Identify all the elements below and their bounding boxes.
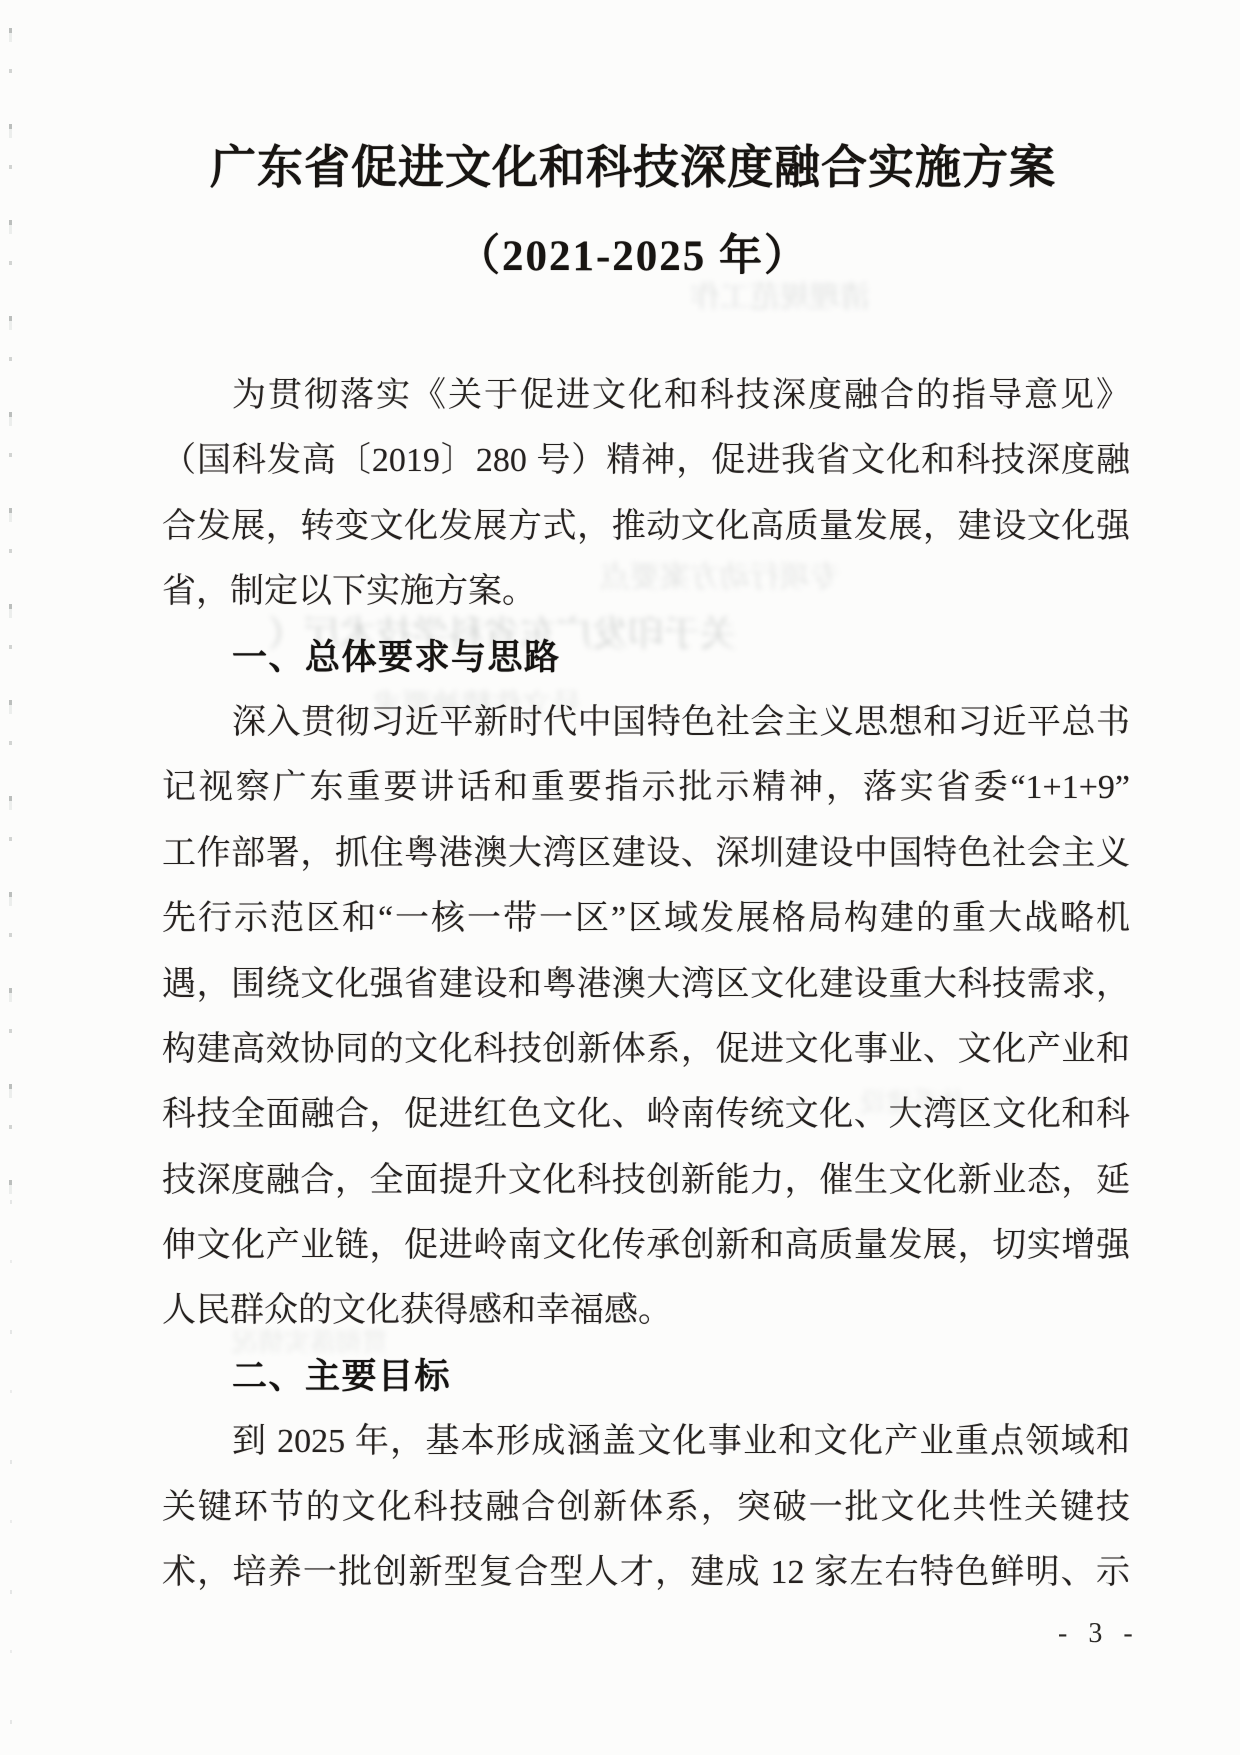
section-heading: 一、总体要求与思路 bbox=[162, 625, 1130, 690]
body-text-line: 术，培养一批创新型复合型人才，建成 12 家左右特色鲜明、示 bbox=[162, 1540, 1130, 1605]
body-text-line: 遇，围绕文化强省建设和粤港澳大湾区文化建设重大科技需求， bbox=[162, 952, 1130, 1017]
body-text-line: 科技全面融合，促进红色文化、岭南传统文化、大湾区文化和科 bbox=[162, 1082, 1130, 1147]
document-body: 为贯彻落实《关于促进文化和科技深度融合的指导意见》（国科发高〔2019〕280 … bbox=[162, 363, 1130, 1605]
body-text-line: 省，制定以下实施方案。 bbox=[162, 559, 1130, 624]
body-text-line: 技深度融合，全面提升文化科技创新能力，催生文化新业态，延 bbox=[162, 1148, 1130, 1213]
scan-binding-artifacts-lower bbox=[10, 1200, 12, 1745]
body-text-line: 构建高效协同的文化科技创新体系，促进文化事业、文化产业和 bbox=[162, 1017, 1130, 1082]
body-text-line: 深入贯彻习近平新时代中国特色社会主义思想和习近平总书 bbox=[162, 690, 1130, 755]
section-heading: 二、主要目标 bbox=[162, 1344, 1130, 1409]
body-text-line: 合发展，转变文化发展方式，推动文化高质量发展，建设文化强 bbox=[162, 494, 1130, 559]
body-text-line: 伸文化产业链，促进岭南文化传承创新和高质量发展，切实增强 bbox=[162, 1213, 1130, 1278]
body-text-line: 人民群众的文化获得感和幸福感。 bbox=[162, 1278, 1130, 1343]
body-text-line: 先行示范区和“一核一带一区”区域发展格局构建的重大战略机 bbox=[162, 886, 1130, 951]
scan-binding-artifacts bbox=[9, 28, 12, 1200]
body-text-line: （国科发高〔2019〕280 号）精神，促进我省文化和科技深度融 bbox=[162, 428, 1130, 493]
scanned-document-page: 清理规范工作专项行动方案要点关于印发广东省科学技术厅（号文件精神要求体系建设贯彻… bbox=[0, 0, 1240, 1755]
document-subtitle: （2021-2025 年） bbox=[158, 227, 1108, 287]
body-text-line: 到 2025 年，基本形成涵盖文化事业和文化产业重点领域和 bbox=[162, 1409, 1130, 1474]
body-text-line: 关键环节的文化科技融合创新体系，突破一批文化共性关键技 bbox=[162, 1475, 1130, 1540]
body-text-line: 工作部署，抓住粤港澳大湾区建设、深圳建设中国特色社会主义 bbox=[162, 821, 1130, 886]
body-text-line: 为贯彻落实《关于促进文化和科技深度融合的指导意见》 bbox=[162, 363, 1130, 428]
page-number: - 3 - bbox=[1058, 1616, 1140, 1652]
document-title: 广东省促进文化和科技深度融合实施方案 bbox=[158, 137, 1108, 199]
body-text-line: 记视察广东重要讲话和重要指示批示精神，落实省委“1+1+9” bbox=[162, 755, 1130, 820]
